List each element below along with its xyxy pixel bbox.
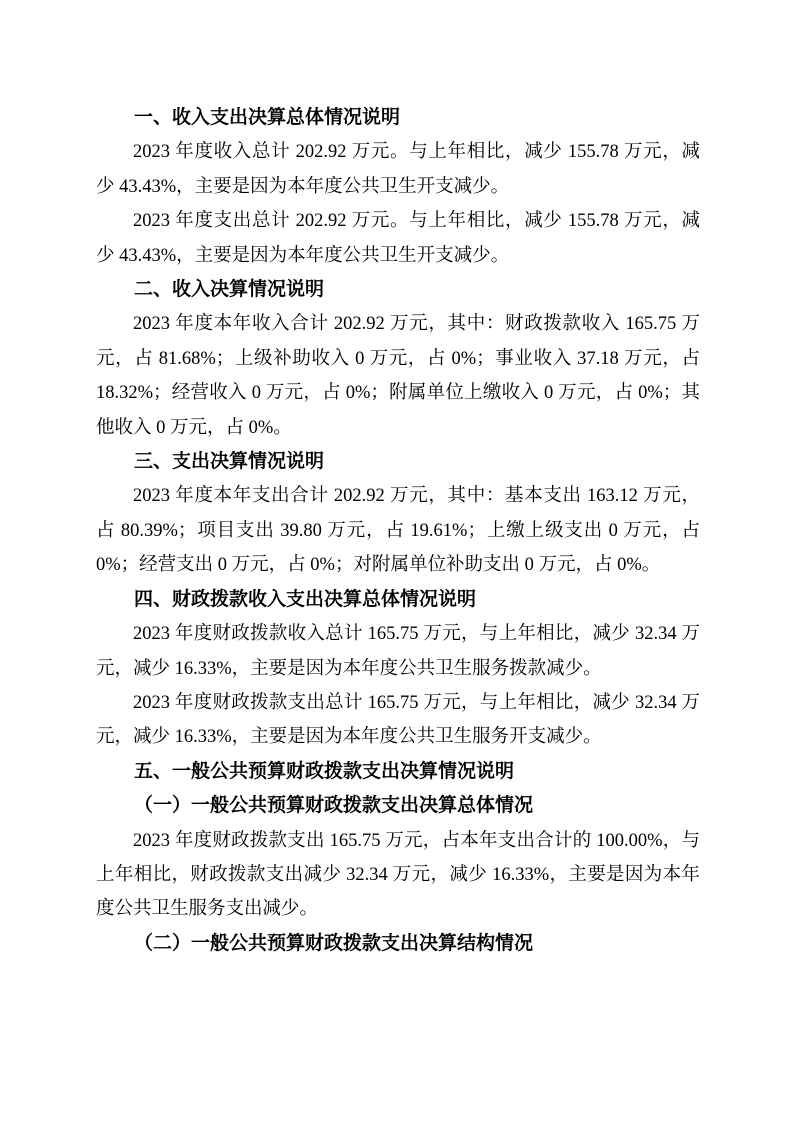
section-5-subsection-1-heading: （一）一般公共预算财政拨款支出决算总体情况 (96, 789, 700, 823)
section-2-paragraph-1: 2023 年度本年收入合计 202.92 万元，其中：财政拨款收入 165.75… (96, 307, 700, 445)
section-5-subsection-2-heading: （二）一般公共预算财政拨款支出决算结构情况 (96, 927, 700, 961)
subsection-overall-situation: （一）一般公共预算财政拨款支出决算总体情况 2023 年度财政拨款支出 165.… (96, 789, 700, 927)
section-3-heading: 三、支出决算情况说明 (96, 445, 700, 479)
section-5-heading: 五、一般公共预算财政拨款支出决算情况说明 (96, 755, 700, 789)
section-5-subsection-1-paragraph-1: 2023 年度财政拨款支出 165.75 万元，占本年支出合计的 100.00%… (96, 824, 700, 927)
section-1-paragraph-1: 2023 年度收入总计 202.92 万元。与上年相比，减少 155.78 万元… (96, 135, 700, 204)
section-income-final-accounts: 二、收入决算情况说明 2023 年度本年收入合计 202.92 万元，其中：财政… (96, 273, 700, 445)
section-expenditure-final-accounts: 三、支出决算情况说明 2023 年度本年支出合计 202.92 万元，其中：基本… (96, 445, 700, 583)
section-3-paragraph-1: 2023 年度本年支出合计 202.92 万元，其中：基本支出 163.12 万… (96, 479, 700, 582)
section-2-heading: 二、收入决算情况说明 (96, 273, 700, 307)
section-4-heading: 四、财政拨款收入支出决算总体情况说明 (96, 583, 700, 617)
section-1-paragraph-2: 2023 年度支出总计 202.92 万元。与上年相比，减少 155.78 万元… (96, 204, 700, 273)
section-4-paragraph-1: 2023 年度财政拨款收入总计 165.75 万元，与上年相比，减少 32.34… (96, 617, 700, 686)
section-1-heading: 一、收入支出决算总体情况说明 (96, 101, 700, 135)
section-income-expenditure-overview: 一、收入支出决算总体情况说明 2023 年度收入总计 202.92 万元。与上年… (96, 101, 700, 273)
section-general-public-budget-expenditure: 五、一般公共预算财政拨款支出决算情况说明 （一）一般公共预算财政拨款支出决算总体… (96, 755, 700, 961)
section-fiscal-appropriation-overview: 四、财政拨款收入支出决算总体情况说明 2023 年度财政拨款收入总计 165.7… (96, 583, 700, 755)
subsection-structure-situation: （二）一般公共预算财政拨款支出决算结构情况 (96, 927, 700, 961)
section-4-paragraph-2: 2023 年度财政拨款支出总计 165.75 万元，与上年相比，减少 32.34… (96, 686, 700, 755)
report-page: 一、收入支出决算总体情况说明 2023 年度收入总计 202.92 万元。与上年… (0, 0, 793, 1122)
